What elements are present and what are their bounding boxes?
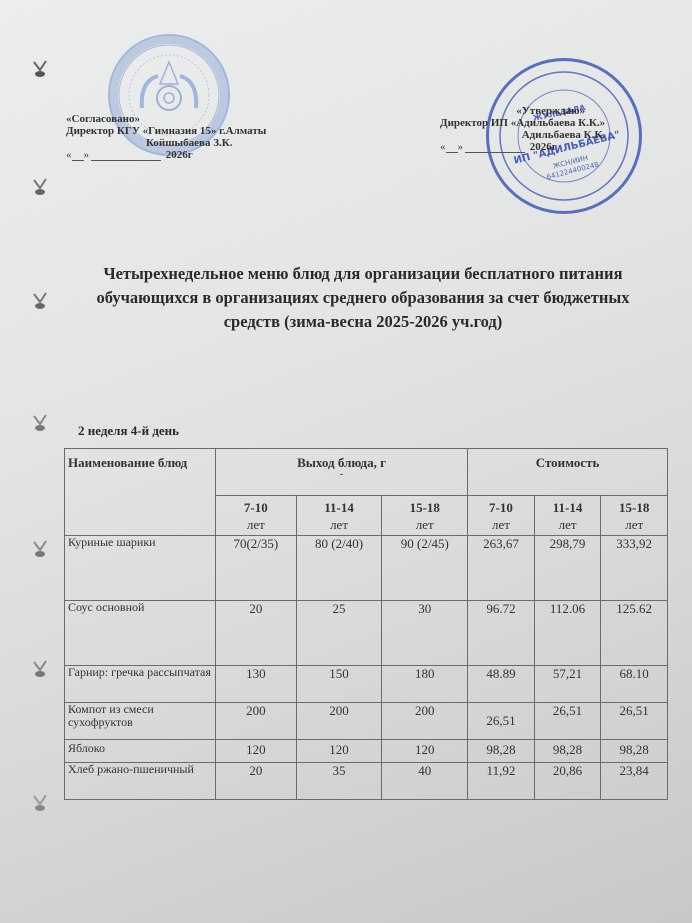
approval-agreed-block: «Согласовано» Директор КГУ «Гимназия 15»… <box>66 113 266 161</box>
age-unit: лет <box>385 516 464 533</box>
binding-mark-icon <box>30 176 50 198</box>
yield-cell: 120 <box>216 740 297 763</box>
yield-cell: 40 <box>382 763 468 800</box>
dish-name: Хлеб ржано-пшеничный <box>65 763 216 800</box>
yield-cell: 200 <box>382 703 468 740</box>
cost-cell: 98,28 <box>601 740 668 763</box>
cost-cell: 263,67 <box>468 536 535 601</box>
age-unit: лет <box>538 516 598 533</box>
header-dish-name: Наименование блюд <box>65 449 216 536</box>
cost-cell: 125.62 <box>601 601 668 666</box>
approval-approved-block: «Утверждаю» Директор ИП «Адильбаева К.К.… <box>440 105 605 153</box>
approval-date-line: «» 2026г <box>440 141 605 153</box>
cost-cell: 20,86 <box>534 763 601 800</box>
age-range: 15-18 <box>619 500 649 515</box>
yield-cell: 20 <box>216 601 297 666</box>
dish-name: Соус основной <box>65 601 216 666</box>
binding-mark-icon <box>30 412 50 434</box>
dish-name: Куриные шарики <box>65 536 216 601</box>
cost-cell: 23,84 <box>601 763 668 800</box>
header-yield: Выход блюда, г- <box>216 449 468 496</box>
header-age-cost-7-10: 7-10лет <box>468 496 535 536</box>
day-label: 2 неделя 4-й день <box>78 423 179 439</box>
header-age-cost-15-18: 15-18лет <box>601 496 668 536</box>
cost-cell: 68.10 <box>601 666 668 703</box>
yield-cell: 120 <box>296 740 382 763</box>
approval-name: Адильбаева К.К. <box>440 129 605 141</box>
cost-cell: 98,28 <box>468 740 535 763</box>
table-row: Компот из смеси сухофруктов20020020026,5… <box>65 703 668 740</box>
age-range: 7-10 <box>244 500 268 515</box>
yield-cell: 180 <box>382 666 468 703</box>
dish-name: Компот из смеси сухофруктов <box>65 703 216 740</box>
approval-title: «Утверждаю» <box>440 105 605 117</box>
approval-year: 2026г <box>530 141 557 153</box>
header-age-yield-15-18: 15-18лет <box>382 496 468 536</box>
binding-mark-icon <box>30 792 50 814</box>
header-yield-label: Выход блюда, г <box>297 455 386 470</box>
binding-mark-icon <box>30 658 50 680</box>
binding-mark-icon <box>30 58 50 80</box>
header-yield-mark: - <box>219 471 464 479</box>
yield-cell: 25 <box>296 601 382 666</box>
age-range: 7-10 <box>489 500 513 515</box>
approval-position: Директор КГУ «Гимназия 15» г.Алматы <box>66 125 266 137</box>
yield-cell: 70(2/35) <box>216 536 297 601</box>
yield-cell: 200 <box>216 703 297 740</box>
approval-name: Койшыбаева З.К. <box>66 137 266 149</box>
header-age-cost-11-14: 11-14лет <box>534 496 601 536</box>
cost-cell: 11,92 <box>468 763 535 800</box>
approval-title: «Согласовано» <box>66 113 266 125</box>
header-cost: Стоимость <box>468 449 668 496</box>
dish-name: Яблоко <box>65 740 216 763</box>
age-range: 11-14 <box>324 500 354 515</box>
yield-cell: 120 <box>382 740 468 763</box>
cost-cell: 26,51 <box>534 703 601 740</box>
age-range: 11-14 <box>553 500 583 515</box>
dish-name: Гарнир: гречка рассыпчатая <box>65 666 216 703</box>
approval-year: 2026г <box>166 149 193 161</box>
binding-mark-icon <box>30 290 50 312</box>
cost-cell: 333,92 <box>601 536 668 601</box>
menu-table: Наименование блюд Выход блюда, г- Стоимо… <box>64 448 668 800</box>
cost-cell: 26,51 <box>601 703 668 740</box>
yield-cell: 30 <box>382 601 468 666</box>
cost-value: 26,51 <box>486 713 515 729</box>
quote-close: » <box>84 149 90 161</box>
age-unit: лет <box>300 516 379 533</box>
binding-mark-icon <box>30 538 50 560</box>
cost-cell: 298,79 <box>534 536 601 601</box>
cost-cell: 98,28 <box>534 740 601 763</box>
cost-cell: 96.72 <box>468 601 535 666</box>
yield-cell: 90 (2/45) <box>382 536 468 601</box>
table-row: Соус основной20253096.72112.06125.62 <box>65 601 668 666</box>
table-row: Гарнир: гречка рассыпчатая13015018048.89… <box>65 666 668 703</box>
yield-cell: 20 <box>216 763 297 800</box>
yield-cell: 200 <box>296 703 382 740</box>
yield-cell: 80 (2/40) <box>296 536 382 601</box>
table-row: Яблоко12012012098,2898,2898,28 <box>65 740 668 763</box>
age-unit: лет <box>219 516 293 533</box>
cost-cell: 26,51 <box>468 703 535 740</box>
document-title: Четырехнедельное меню блюд для организац… <box>70 262 656 334</box>
cost-cell: 112.06 <box>534 601 601 666</box>
yield-cell: 150 <box>296 666 382 703</box>
approval-date-line: «» 2026г <box>66 149 266 161</box>
age-unit: лет <box>471 516 531 533</box>
cost-cell: 57,21 <box>534 666 601 703</box>
cost-cell: 48.89 <box>468 666 535 703</box>
yield-cell: 35 <box>296 763 382 800</box>
age-range: 15-18 <box>410 500 440 515</box>
quote-close: » <box>458 141 464 153</box>
document-page: ЖУЛЬЗАЛА ИП "АДИЛЬБАЕВА" ЖСН/ИИН 6412244… <box>0 0 692 923</box>
age-unit: лет <box>604 516 664 533</box>
approval-position: Директор ИП «Адильбаева К.К.» <box>440 117 605 129</box>
yield-cell: 130 <box>216 666 297 703</box>
header-age-yield-7-10: 7-10лет <box>216 496 297 536</box>
table-row: Хлеб ржано-пшеничный20354011,9220,8623,8… <box>65 763 668 800</box>
header-age-yield-11-14: 11-14лет <box>296 496 382 536</box>
table-row: Куриные шарики70(2/35)80 (2/40)90 (2/45)… <box>65 536 668 601</box>
